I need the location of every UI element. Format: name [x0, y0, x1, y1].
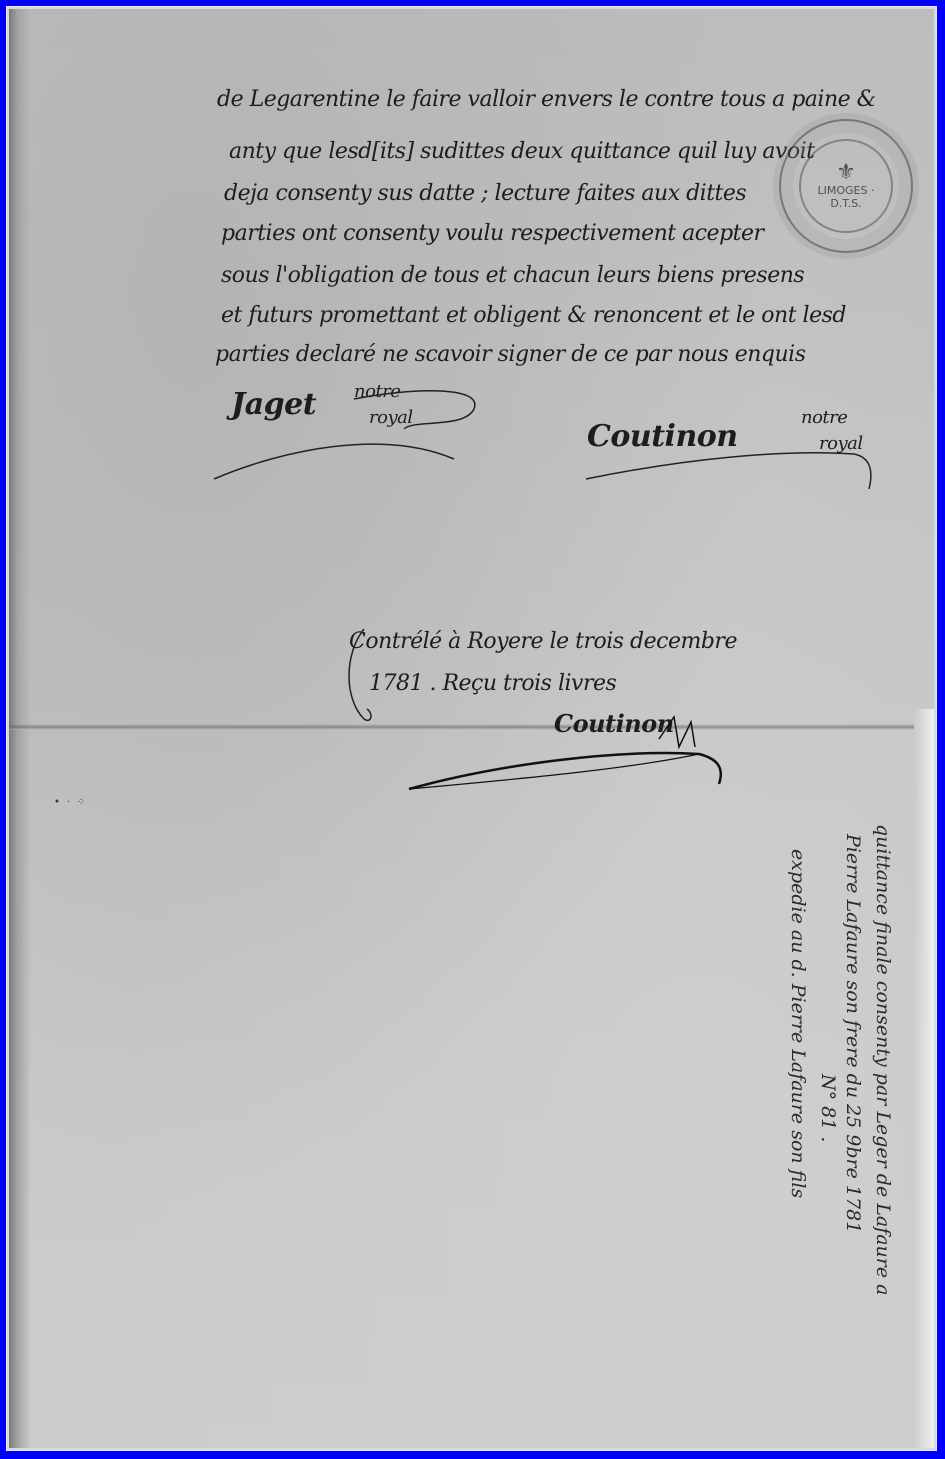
document-frame: de Legarentine le faire valloir envers l…: [6, 6, 937, 1451]
body-line-5: sous l'obligation de tous et chacun leur…: [221, 263, 804, 288]
margin-note-number: N° 81 .: [817, 1074, 839, 1142]
paper-edge: [914, 709, 934, 1448]
body-line-6: et futurs promettant et obligent & renon…: [221, 303, 846, 328]
ink-specks: • ᐧ ⁘: [54, 797, 87, 808]
fleur-de-lis-icon: ⚜: [836, 162, 856, 184]
registration-line-1: Contrélé à Royere le trois decembre: [349, 629, 737, 654]
body-line-1: de Legarentine le faire valloir envers l…: [217, 87, 876, 112]
signature-underline-icon: [584, 449, 884, 499]
seal-text: LIMOGES · D.T.S.: [801, 184, 891, 210]
registration-line-2: 1781 . Reçu trois livres: [369, 671, 616, 696]
body-line-3: deja consenty sus datte ; lecture faites…: [224, 181, 746, 206]
registration-flourish-icon: [399, 709, 739, 799]
margin-note-line-1: quittance finale consenty par Leger de L…: [872, 824, 894, 1295]
body-line-2: anty que lesd[its] sudittes deux quittan…: [229, 139, 815, 164]
body-line-4: parties ont consenty voulu respectivemen…: [221, 221, 764, 246]
registration-bracket-icon: [339, 624, 379, 734]
signature-flourish-icon: [204, 389, 504, 499]
official-stamp-seal: ⚜ LIMOGES · D.T.S.: [779, 119, 913, 253]
margin-note-line-4: expedie au d. Pierre Lafaure son fils: [787, 849, 809, 1198]
body-line-7: parties declaré ne scavoir signer de ce …: [215, 342, 806, 367]
paper-page: de Legarentine le faire valloir envers l…: [9, 9, 934, 1448]
signature-coutinon-title-1: notre: [801, 407, 847, 428]
margin-note-line-2: Pierre Lafaure son frere du 25 9bre 1781: [842, 834, 864, 1233]
